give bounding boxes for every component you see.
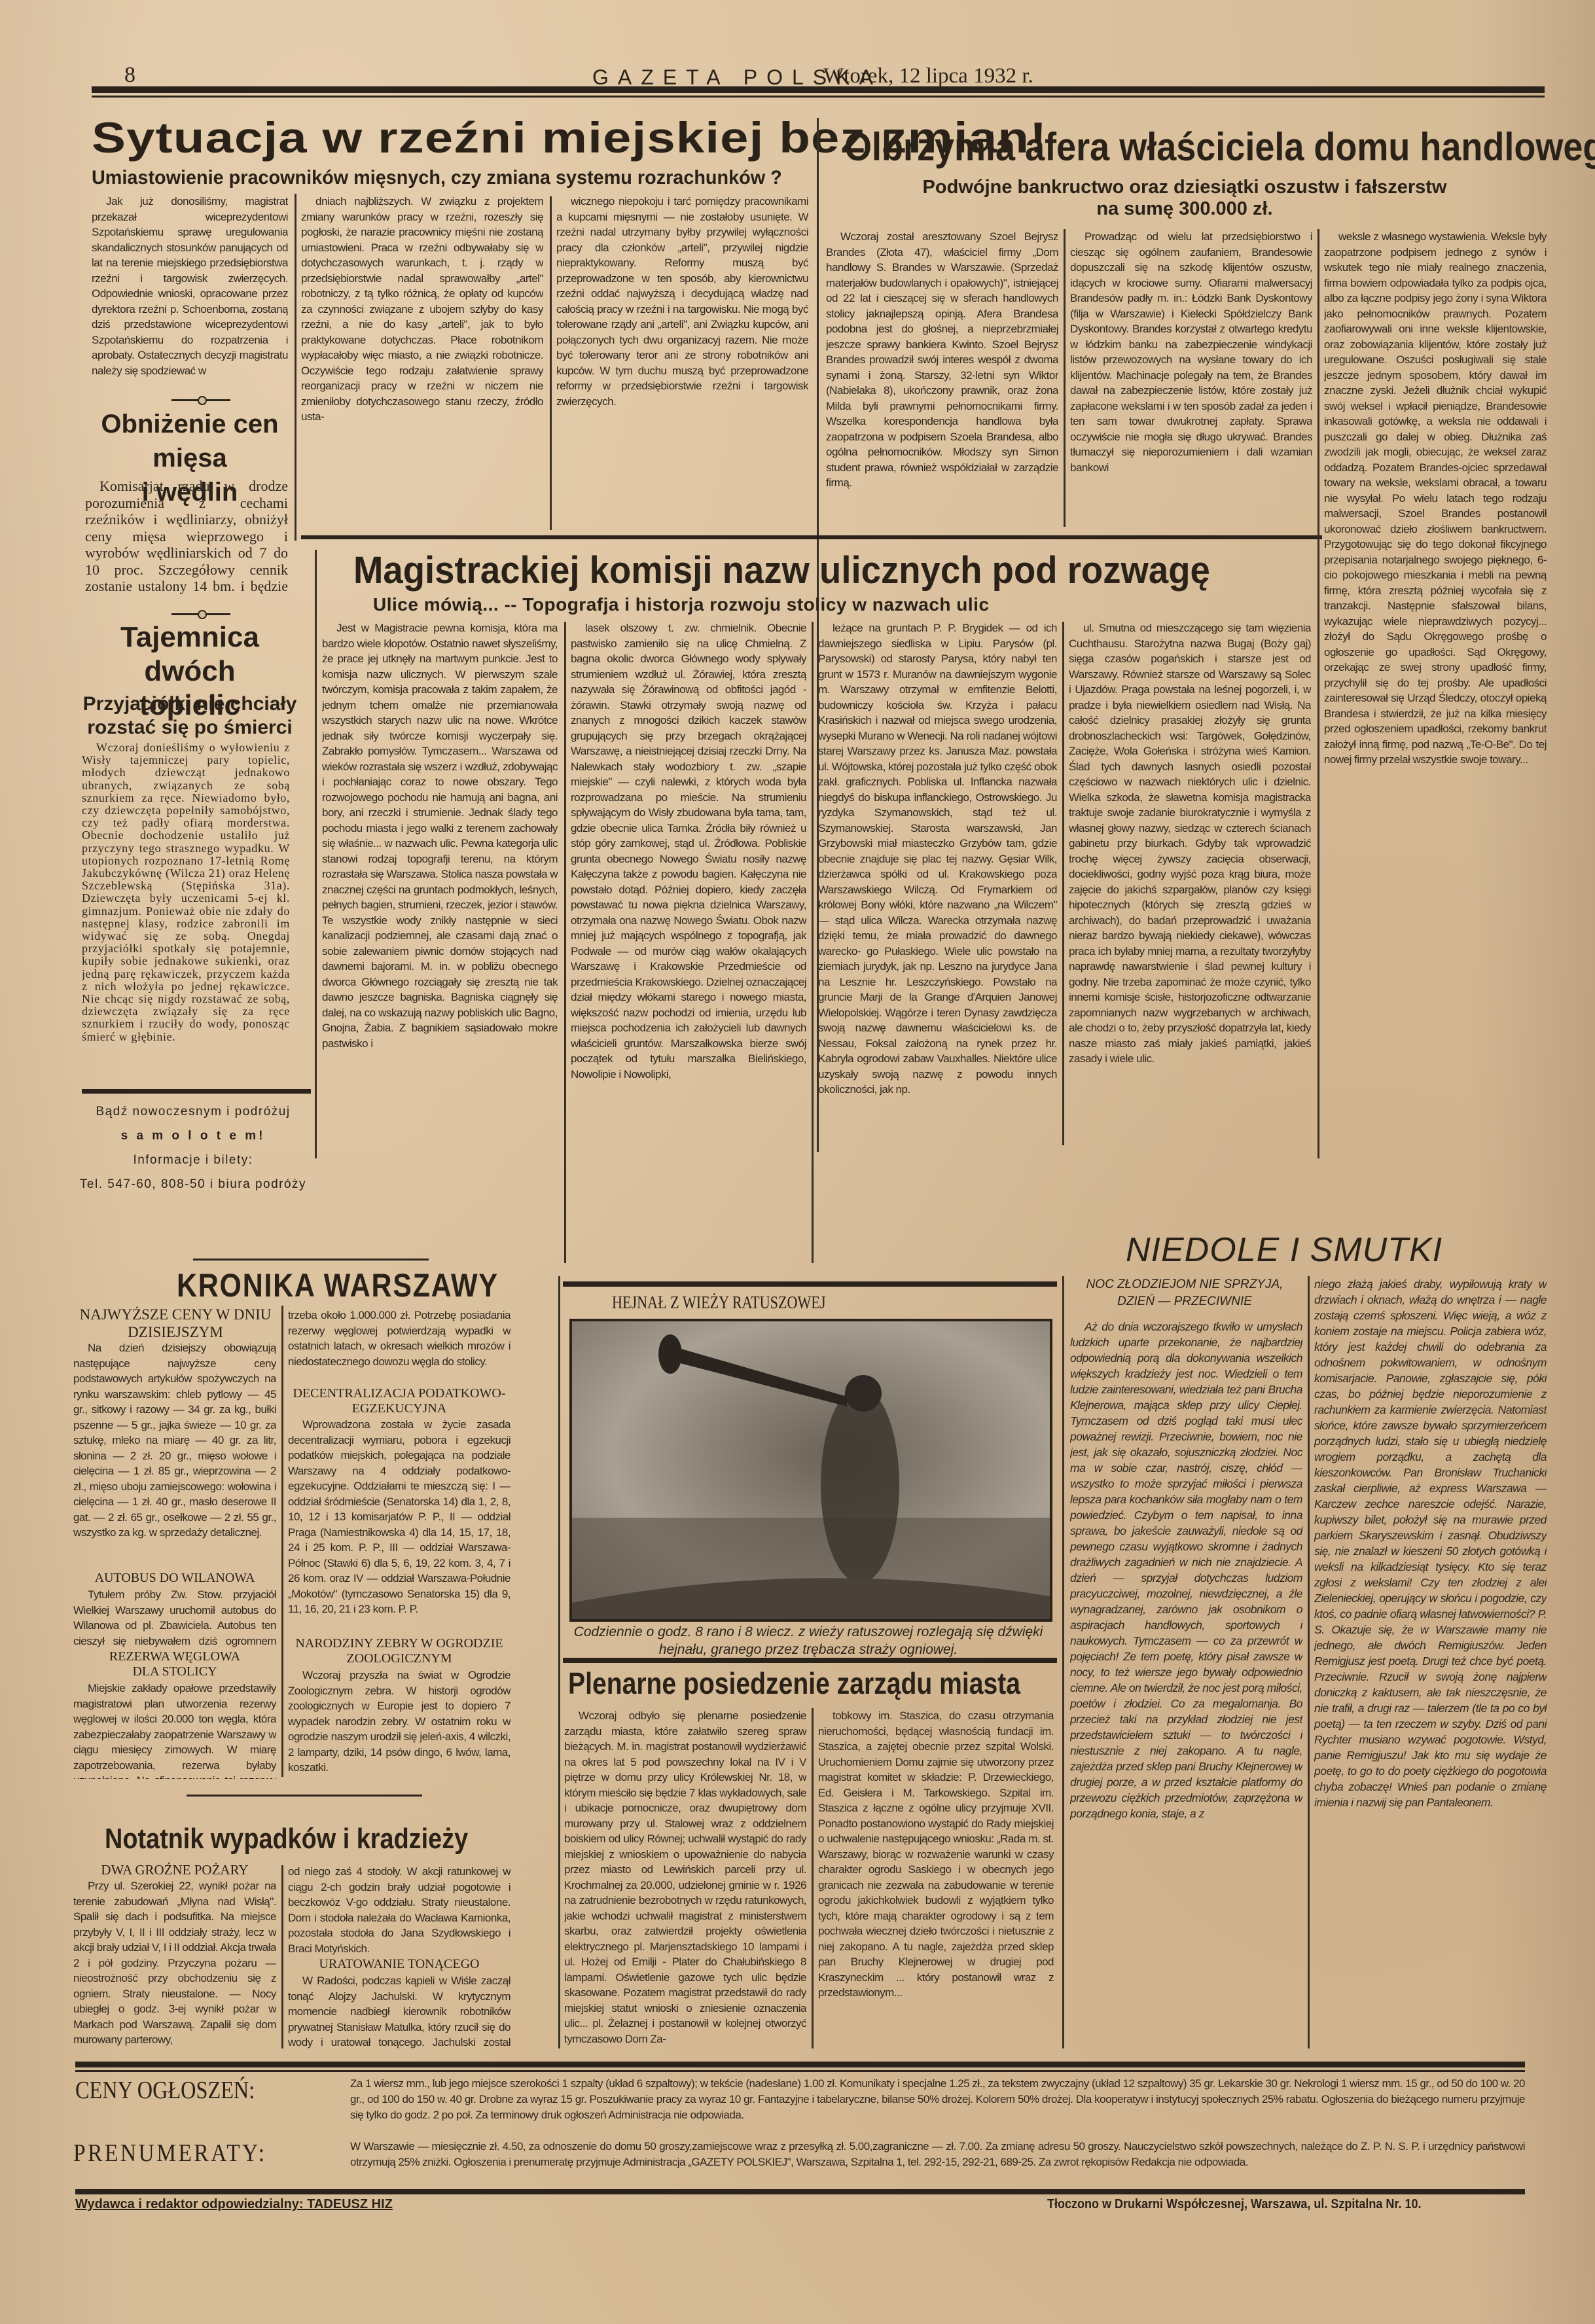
streets-col3: leżące na gruntach P. P. Brygidek — od i…	[818, 620, 1057, 1262]
kronika-col2-text: trzeba około 1.000.000 zł. Potrzebę posi…	[288, 1308, 511, 1386]
headline-niedole: NIEDOLE I SMUTKI	[1126, 1230, 1443, 1270]
headline-kronika: KRONIKA WARSZAWY	[177, 1266, 499, 1304]
notatnik-sec2-text: W Radości, podczas kąpieli w Wiśle zaczą…	[288, 1973, 511, 2048]
ornament-dot	[198, 610, 207, 619]
kronika-sec1-title: NAJWYŻSZE CENY W DNIU DZISIEJSZYM	[77, 1306, 274, 1341]
subs-text: W Warszawie — miesięcznie zł. 4.50, za o…	[350, 2139, 1525, 2186]
affair-col2: Prowadząc od wielu lat przedsiębiorstwo …	[1070, 229, 1312, 527]
printer-line: Tłoczono w Drukarni Współczesnej, Warsza…	[1047, 2197, 1421, 2212]
photo-caption: Codziennie o godz. 8 rano i 8 wiecz. z w…	[569, 1623, 1047, 1658]
subs-label: PRENUMERATY:	[73, 2139, 267, 2168]
divider	[1308, 1276, 1310, 2048]
affair-col3: weksle z własnego wystawienia. Weksle by…	[1324, 229, 1547, 1211]
divider	[564, 622, 566, 1263]
section-rule	[301, 535, 1322, 539]
divider	[558, 1276, 560, 2048]
streets-col2: lasek olszowy t. zw. chmielnik. Obecnie …	[571, 620, 806, 1262]
trumpeter-image	[572, 1321, 1050, 1619]
hejnal-photo	[569, 1319, 1052, 1622]
subhead-niedole: NOC ZŁODZIEJOM NIE SPRZYJA, DZIEŃ — PRZE…	[1067, 1276, 1302, 1310]
notatnik-col2-text: od niego zaś 4 stodoły. W akcji ratunkow…	[288, 1864, 511, 1956]
divider	[1062, 622, 1064, 1145]
publisher-line: Wydawca i redaktor odpowiedzialny: TADEU…	[75, 2197, 393, 2212]
subhead-drowned: Przyjaciółki nie chciały rozstać się po …	[79, 692, 301, 740]
headline-council: Plenarne posiedzenie zarządu miasta	[568, 1666, 1020, 1701]
ads-text: Za 1 wiersz mm., lub jego miejsce szerok…	[350, 2076, 1525, 2139]
ornament-rule	[187, 1795, 422, 1797]
page-number: 8	[124, 63, 135, 88]
footer-rule-top-thin	[75, 2070, 1525, 2072]
streets-col1: Jest w Magistracie pewna komisja, która …	[322, 620, 558, 1196]
divider	[812, 622, 814, 1263]
masthead-rule-thin	[92, 96, 1545, 98]
ad-rule	[82, 1089, 311, 1094]
divider	[315, 550, 317, 1158]
masthead-rule	[92, 86, 1545, 93]
subhead-affair: Podwójne bankructwo oraz dziesiątki oszu…	[844, 177, 1525, 220]
niedole-col1: Aż do dnia wczorajszego tkwiło w umysłac…	[1070, 1319, 1302, 2048]
divider	[281, 1865, 283, 2048]
slaughterhouse-col3: wicznego niepokoju i tarć pomiędzy praco…	[556, 194, 808, 527]
streets-col4: ul. Smutna od mieszczącego się tam więzi…	[1069, 620, 1311, 1144]
meat-prices-text: Komisarjat rządu w drodze porozumienia z…	[85, 478, 288, 596]
subhead-streets: Ulice mówią... -- Topografja i historja …	[373, 594, 990, 615]
airplane-ad: Bądź nowoczesnym i podróżuj s a m o l o …	[72, 1099, 314, 1196]
divider	[1317, 229, 1319, 1158]
affair-col1: Wczoraj został aresztowany Szoel Bejrysz…	[826, 229, 1058, 527]
drowned-text: Wczoraj donieśliśmy o wyłowieniu z Wisły…	[82, 742, 290, 1082]
kronika-sec3-title: REZERWA WĘGLOWA DLA STOLICY	[99, 1649, 250, 1679]
footer-rule-top	[75, 2062, 1525, 2067]
slaughterhouse-col2: dniach najbliższych. W związku z projekt…	[301, 194, 543, 534]
masthead-date: Wtorek, 12 lipca 1932 r.	[823, 64, 1033, 88]
ornament-dot	[198, 396, 207, 405]
kronika-sec3-text: Miejskie zakłady opałowe przedstawiły ma…	[73, 1681, 276, 1779]
headline-streets: Magistrackiej komisji nazw ulicznych pod…	[353, 548, 1210, 592]
slaughterhouse-col1: Jak już donosiliśmy, magistrat przekazał…	[92, 194, 288, 377]
ads-label: CENY OGŁOSZEŃ:	[75, 2076, 255, 2105]
kronika-sec1-text: Na dzień dzisiejszy obowiązują następują…	[73, 1340, 276, 1569]
kronika-sec4-title: DECENTRALIZACJA PODATKOWO-EGZEKUCYJNA	[288, 1386, 511, 1416]
council-col1: Wczoraj odbyło się plenarne posiedzenie …	[564, 1708, 806, 2048]
notatnik-sec1-text: Przy ul. Szerokiej 22, wynikł pożar na t…	[73, 1878, 276, 2048]
divider	[281, 1306, 283, 1777]
footer-rule-bottom	[75, 2189, 1525, 2194]
notatnik-sec2-title: URATOWANIE TONĄCEGO	[288, 1957, 511, 1972]
niedole-col2: niego złażą jakieś draby, wypiłowują kra…	[1314, 1276, 1547, 2048]
headline-notatnik: Notatnik wypadków i kradzieży	[105, 1823, 468, 1855]
divider	[295, 194, 296, 541]
kronika-sec5-title: NARODZINY ZEBRY W OGRODZIE ZOOLOGICZNYM	[288, 1636, 511, 1666]
divider	[1062, 1276, 1064, 2048]
kronika-sec2-text: Tytułem próby Zw. Stow. przyjaciół Wielk…	[73, 1587, 276, 1649]
divider	[1064, 229, 1066, 527]
kronika-sec5-text: Wczoraj przyszła na świat w Ogrodzie Zoo…	[288, 1668, 511, 1776]
photo-title: HEJNAŁ Z WIEŻY RATUSZOWEJ	[612, 1293, 826, 1313]
kronika-sec4-text: Wprowadzona została w życie zasada decen…	[288, 1417, 511, 1633]
headline-affair: Olbrzymia afera właściciela domu handlow…	[844, 124, 1595, 170]
kronika-sec2-title: AUTOBUS DO WILANOWA	[73, 1571, 276, 1586]
notatnik-sec1-title: DWA GROŹNE POŻARY	[73, 1862, 276, 1878]
council-col2: tobkowy im. Staszica, do czasu otrzymani…	[818, 1708, 1054, 2048]
divider	[812, 1708, 814, 2048]
divider	[550, 196, 552, 530]
photo-rule	[563, 1281, 1057, 1287]
ornament-rule	[193, 1259, 429, 1260]
subhead-slaughterhouse: Umiastowienie pracowników mięsnych, czy …	[92, 167, 782, 189]
section-rule	[563, 1658, 1057, 1663]
